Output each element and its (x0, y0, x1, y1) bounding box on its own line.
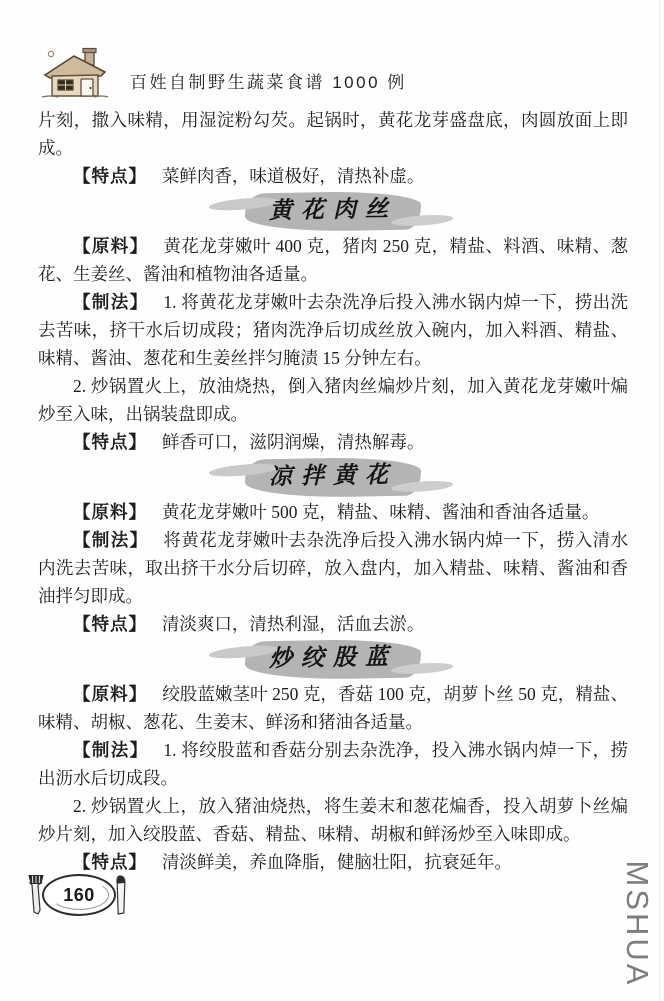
recipe-title-badge: 黄花肉丝 (245, 190, 422, 232)
method-step-text: 2. 炒锅置火上，放入猪油烧热，将生姜末和葱花煸香，投入胡萝卜丝煸炒片刻，加入绞… (38, 796, 628, 844)
intro-feature: 【特点】菜鲜肉香，味道极好，清热补虚。 (38, 162, 628, 190)
feature-paragraph: 【特点】清淡鲜美，养血降脂，健脑壮阳，抗衰延年。 (38, 848, 628, 876)
house-icon (38, 47, 112, 101)
feature-paragraph: 【特点】清淡爽口，清热利湿，活血去淤。 (38, 610, 628, 638)
method-label: 【制法】 (73, 292, 149, 312)
feature-paragraph: 【特点】鲜香可口，滋阴润燥，清热解毒。 (38, 428, 628, 456)
ingredients-paragraph: 【原料】黄花龙芽嫩叶 400 克，猪肉 250 克，精盐、料酒、味精、葱花、生姜… (38, 232, 628, 288)
page-number-badge: 160 (42, 874, 116, 916)
page-content: 片刻，撒入味精，用湿淀粉勾芡。起锅时，黄花龙芽盛盘底，肉圆放面上即成。 【特点】… (38, 106, 628, 876)
recipe-title-badge: 凉拌黄花 (245, 456, 422, 498)
method-label: 【制法】 (73, 530, 149, 550)
feature-label: 【特点】 (73, 852, 147, 872)
intro-continuation-text: 片刻，撒入味精，用湿淀粉勾芡。起锅时，黄花龙芽盛盘底，肉圆放面上即成。 (38, 106, 628, 162)
feature-label: 【特点】 (73, 166, 147, 186)
feature-text: 清淡爽口，清热利湿，活血去淤。 (162, 614, 425, 634)
method-step-paragraph: 2. 炒锅置火上，放入猪油烧热，将生姜末和葱花煸香，投入胡萝卜丝煸炒片刻，加入绞… (38, 792, 628, 848)
ingredients-text: 黄花龙芽嫩叶 500 克，精盐、味精、酱油和香油各适量。 (162, 502, 600, 522)
method-paragraph: 【制法】1. 将绞股蓝和香菇分别去杂洗净，投入沸水锅内焯一下，捞出沥水后切成段。 (38, 736, 628, 792)
ingredients-paragraph: 【原料】黄花龙芽嫩叶 500 克，精盐、味精、酱油和香油各适量。 (38, 498, 628, 526)
recipe-title: 凉拌黄花 (269, 462, 397, 489)
method-step-text: 2. 炒锅置火上，放油烧热，倒入猪肉丝煸炒片刻，加入黄花龙芽嫩叶煸炒至入味，出锅… (38, 376, 628, 424)
recipe-title: 黄花肉丝 (269, 196, 397, 223)
recipe-title-row: 黄花肉丝 (38, 192, 628, 232)
book-page: 百姓自制野生蔬菜食谱 1000 例 片刻，撒入味精，用湿淀粉勾芡。起锅时，黄花龙… (0, 0, 664, 1001)
ingredients-paragraph: 【原料】绞股蓝嫩茎叶 250 克，香菇 100 克，胡萝卜丝 50 克，精盐、味… (38, 680, 628, 736)
page-number: 160 (63, 885, 95, 906)
page-header: 百姓自制野生蔬菜食谱 1000 例 (38, 46, 628, 102)
book-title: 百姓自制野生蔬菜食谱 1000 例 (130, 56, 407, 93)
feature-label: 【特点】 (73, 432, 147, 452)
recipe-title-row: 炒绞股蓝 (38, 640, 628, 680)
ingredients-label: 【原料】 (73, 236, 149, 256)
ingredients-label: 【原料】 (73, 684, 147, 704)
recipe-title: 炒绞股蓝 (269, 644, 397, 671)
method-paragraph: 【制法】将黄花龙芽嫩叶去杂洗净后投入沸水锅内焯一下，捞入清水内洗去苦味，取出挤干… (38, 526, 628, 610)
feature-text: 清淡鲜美，养血降脂，健脑壮阳，抗衰延年。 (162, 852, 512, 872)
ingredients-label: 【原料】 (73, 502, 147, 522)
method-step-paragraph: 2. 炒锅置火上，放油烧热，倒入猪肉丝煸炒片刻，加入黄花龙芽嫩叶煸炒至入味，出锅… (38, 372, 628, 428)
method-label: 【制法】 (73, 740, 149, 760)
method-paragraph: 【制法】1. 将黄花龙芽嫩叶去杂洗净后投入沸水锅内焯一下，捞出洗去苦味，挤干水后… (38, 288, 628, 372)
feature-text: 鲜香可口，滋阴润燥，清热解毒。 (162, 432, 425, 452)
feature-text: 菜鲜肉香，味道极好，清热补虚。 (162, 166, 425, 186)
recipe-title-badge: 炒绞股蓝 (245, 638, 422, 680)
page-footer: 160 (26, 874, 128, 916)
recipe-title-row: 凉拌黄花 (38, 458, 628, 498)
watermark-text: MSHUA (611, 849, 655, 999)
feature-label: 【特点】 (73, 614, 147, 634)
